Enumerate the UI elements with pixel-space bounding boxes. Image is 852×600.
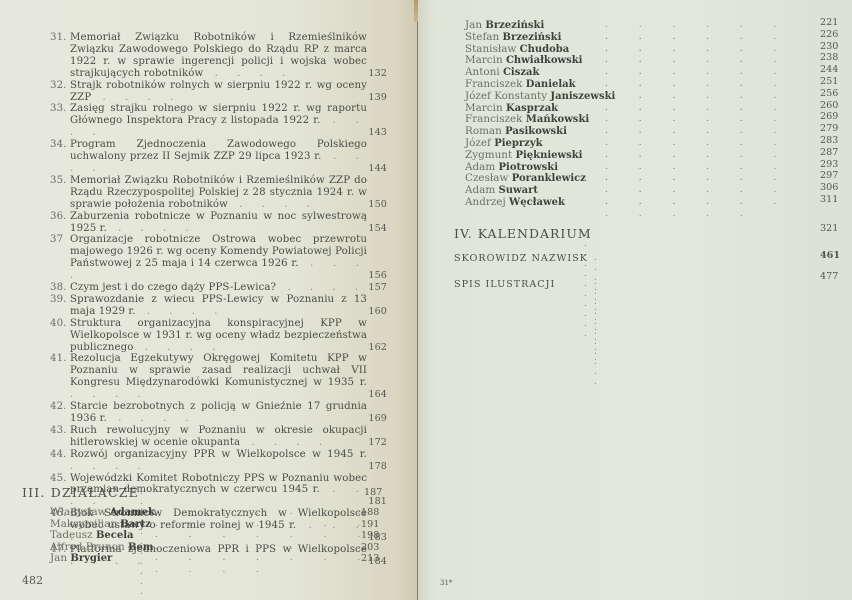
first-name: Jan	[465, 19, 482, 31]
entry-page-number: 203	[361, 542, 379, 554]
activist-entry: Adam Suwart. . . . . . . . . . .306	[465, 185, 820, 197]
last-name: Danielak	[526, 79, 576, 90]
leader-dots: . . . .	[276, 282, 366, 293]
leader-dots: . . . .	[136, 306, 226, 317]
entry-number: 33.	[50, 103, 70, 115]
entry-number: 35.	[50, 175, 70, 187]
activist-entry: Roman Pasikowski. . . . . . . . . . .279	[465, 126, 820, 138]
entry-page-number: 221	[820, 17, 838, 29]
last-name: Chudoba	[520, 44, 570, 55]
toc-entry: 43.Ruch rewolucyjny w Poznaniu w okresie…	[50, 425, 375, 449]
first-name: Franciszek	[465, 78, 522, 90]
entry-number: 43.	[50, 425, 70, 437]
activist-entry: Marcin Chwiałkowski. . . . . . . . . . .…	[465, 55, 820, 67]
last-name: Piotrowski	[499, 162, 559, 173]
entry-page-number: 260	[820, 100, 838, 112]
leader-dots: . . . .	[70, 461, 149, 472]
last-name: Adamek	[110, 507, 155, 518]
entry-page-number: 157	[368, 282, 387, 294]
toc-entry: 36.Zaburzenia robotnicze w Poznaniu w no…	[50, 211, 375, 235]
last-name: Kasprzak	[506, 103, 558, 114]
page-folio-left: 482	[22, 574, 43, 587]
activist-entry: Alfred Brunon Bem. . . . . . . . . . .20…	[50, 542, 375, 554]
activists-list-right: Jan Brzeziński. . . . . . . . . . .221St…	[465, 20, 820, 209]
leader-dots: . . . .	[228, 199, 318, 210]
entry-page-number: 269	[820, 111, 838, 123]
entry-number: 37	[50, 234, 70, 246]
first-name: Józef Konstanty	[465, 90, 547, 102]
first-name: Tadeusz	[50, 529, 93, 541]
first-name: Roman	[465, 125, 502, 137]
activist-entry: Jan Brzeziński. . . . . . . . . . .221	[465, 20, 820, 32]
leader-dots: . . . .	[70, 151, 367, 174]
entry-page-number: 143	[368, 127, 387, 139]
entry-title: Rezolucja Egzekutywy Okręgowej Komitetu …	[70, 353, 367, 401]
toc-entry: 39.Sprawozdanie z wiecu PPS-Lewicy w Poz…	[50, 294, 375, 318]
entry-page-number: 132	[368, 68, 387, 80]
entry-title: Zaburzenia robotnicze w Poznaniu w noc s…	[70, 211, 367, 235]
last-name: Chwiałkowski	[506, 55, 583, 66]
activist-entry: Czesław Poranklewicz. . . . . . . . . . …	[465, 173, 820, 185]
activist-entry: Zygmunt Piękniewski. . . . . . . . . . .…	[465, 150, 820, 162]
toc-entry: 40.Struktura organizacyjna konspiracyjne…	[50, 318, 375, 354]
first-name: Antoni	[465, 66, 500, 78]
entry-page-number: 150	[368, 199, 387, 211]
page-folio-right: 31*	[440, 579, 452, 587]
last-name: Brzeziński	[503, 32, 562, 43]
entry-page-number: 230	[820, 41, 838, 53]
first-name: Marcin	[465, 102, 503, 114]
last-name: Poranklewicz	[512, 173, 586, 184]
first-name: Stanisław	[465, 43, 516, 55]
entry-page-number: 198	[361, 530, 379, 542]
activists-list-left: Władysław Adamek. . . . . . . . . . .188…	[50, 507, 375, 565]
leader-dots: . . . . . . . . . . .	[605, 197, 820, 221]
entry-number: 38.	[50, 282, 70, 294]
leader-dots: . . . .	[70, 115, 367, 138]
leader-dots: . . . .	[91, 92, 181, 103]
entry-page-number: 172	[368, 437, 387, 449]
entry-page-number: 293	[820, 159, 838, 171]
entry-page-number: 311	[820, 194, 838, 206]
last-name: Becela	[96, 530, 134, 541]
section-heading-spis-ilustracji: SPIS ILUSTRACJI . . . . . . . . . . . 47…	[454, 279, 555, 290]
entry-title: Memoriał Związku Robotników i Rzemieślni…	[70, 175, 367, 211]
entry-page-number: 156	[368, 270, 387, 282]
entry-page-number: 251	[820, 76, 838, 88]
last-name: Pieprzyk	[494, 138, 542, 149]
first-name: Jan	[50, 552, 67, 564]
entry-title: Starcie bezrobotnych z policją w Gnieźni…	[70, 401, 367, 425]
first-name: Józef	[465, 137, 491, 149]
last-name: Węcławek	[509, 197, 565, 208]
entry-number: 41.	[50, 353, 70, 365]
leader-dots: . . . .	[70, 258, 367, 281]
entry-page-number: 164	[368, 389, 387, 401]
leader-dots: . . . .	[240, 437, 330, 448]
section-heading-kalendarium: IV. KALENDARIUM . . . . . . . . . . . 32…	[454, 226, 592, 241]
last-name: Bem	[128, 542, 153, 553]
section-page-number: 321	[820, 223, 838, 234]
first-name: Franciszek	[465, 113, 522, 125]
entry-page-number: 169	[368, 413, 387, 425]
last-name: Mańkowski	[526, 114, 589, 125]
activist-entry: Maksymilian Bartz. . . . . . . . . . .19…	[50, 519, 375, 531]
entry-title: Struktura organizacyjna konspiracyjnej K…	[70, 318, 367, 354]
entry-title: Organizacje robotnicze Ostrowa wobec prz…	[70, 234, 367, 282]
activist-entry: Jan Brygier. . . . . . . . . . .213	[50, 553, 375, 565]
first-name: Adam	[465, 161, 495, 173]
entry-title: Program Zjednoczenia Zawodowego Polskieg…	[70, 139, 367, 175]
entry-page-number: 306	[820, 182, 838, 194]
entry-page-number: 244	[820, 64, 838, 76]
entry-title: Memoriał Związku Robotników i Rzemieślni…	[70, 32, 367, 80]
toc-entry: 31.Memoriał Związku Robotników i Rzemieś…	[50, 32, 375, 80]
section-label: SPIS ILUSTRACJI	[454, 279, 555, 290]
first-name: Zygmunt	[465, 149, 512, 161]
entry-page-number: 256	[820, 88, 838, 100]
toc-entry: 42.Starcie bezrobotnych z policją w Gnie…	[50, 401, 375, 425]
entry-number: 36.	[50, 211, 70, 223]
first-name: Czesław	[465, 172, 508, 184]
entry-title: Zasięg strajku rolnego w sierpniu 1922 r…	[70, 103, 367, 139]
toc-entry: 35.Memoriał Związku Robotników i Rzemieś…	[50, 175, 375, 211]
last-name: Pasikowski	[505, 126, 567, 137]
right-page: Jan Brzeziński. . . . . . . . . . .221St…	[418, 0, 852, 600]
entry-page-number: 188	[361, 507, 379, 519]
entry-page-number: 144	[368, 163, 387, 175]
toc-entry: 32.Strajk robotników rolnych w sierpniu …	[50, 80, 375, 104]
leader-dots: . . . .	[107, 223, 197, 234]
section-heading-dzialacze: III. DZIAŁACZE . . . . . . . . . . . . 1…	[22, 485, 139, 500]
entry-title: Sprawozdanie z wiecu PPS-Lewicy w Poznan…	[70, 294, 367, 318]
leader-dots: . . . .	[134, 342, 224, 353]
entry-number: 31.	[50, 32, 70, 44]
last-name: Piękniewski	[515, 150, 582, 161]
entry-page-number: 226	[820, 29, 838, 41]
entry-page-number: 178	[368, 461, 387, 473]
toc-entry: 34.Program Zjednoczenia Zawodowego Polsk…	[50, 139, 375, 175]
section-label: SKOROWIDZ NAZWISK	[454, 253, 588, 264]
leader-dots: . . . . . . . . . . .	[155, 553, 375, 576]
book-spread: 31.Memoriał Związku Robotników i Rzemieś…	[0, 0, 852, 600]
entry-number: 44.	[50, 449, 70, 461]
toc-entry: 38.Czym jest i do czego dąży PPS-Lewica?…	[50, 282, 375, 294]
entry-title: Ruch rewolucyjny w Poznaniu w okresie ok…	[70, 425, 367, 449]
activist-entry: Stefan Brzeziński. . . . . . . . . . .22…	[465, 32, 820, 44]
toc-entry: 41.Rezolucja Egzekutywy Okręgowej Komite…	[50, 353, 375, 401]
entry-page-number: 191	[361, 519, 379, 531]
last-name: Brzeziński	[485, 20, 544, 31]
section-heading-skorowidz: SKOROWIDZ NAZWISK . . . . . . . . . . . …	[454, 253, 588, 264]
section-page-number: 477	[820, 271, 838, 282]
entry-page-number: 283	[820, 135, 838, 147]
toc-entry: 33.Zasięg strajku rolnego w sierpniu 192…	[50, 103, 375, 139]
entry-title: Strajk robotników rolnych w sierpniu 192…	[70, 80, 367, 104]
last-name: Ciszak	[503, 67, 539, 78]
section-label: IV. KALENDARIUM	[454, 226, 592, 241]
first-name: Maksymilian	[50, 518, 117, 530]
first-name: Andrzej	[465, 196, 506, 208]
last-name: Suwart	[499, 185, 538, 196]
section-page-number: 187	[364, 487, 382, 498]
first-name: Marcin	[465, 54, 503, 66]
entry-number: 40.	[50, 318, 70, 330]
entry-page-number: 238	[820, 52, 838, 64]
entry-title: Czym jest i do czego dąży PPS-Lewica? . …	[70, 282, 367, 294]
leader-dots: . . . .	[70, 389, 149, 400]
first-name: Władysław	[50, 506, 107, 518]
activist-entry: Józef Pieprzyk. . . . . . . . . . .283	[465, 138, 820, 150]
left-page: 31.Memoriał Związku Robotników i Rzemieś…	[0, 0, 418, 600]
activist-entry: Adam Piotrowski. . . . . . . . . . .293	[465, 162, 820, 174]
entry-page-number: 154	[368, 223, 387, 235]
entry-page-number: 279	[820, 123, 838, 135]
entry-number: 34.	[50, 139, 70, 151]
leader-dots: . . . . . . . . . . .	[594, 277, 611, 387]
entry-page-number: 287	[820, 147, 838, 159]
last-name: Bartz	[120, 519, 151, 530]
activist-entry: Andrzej Węcławek. . . . . . . . . . .311	[465, 197, 820, 209]
entry-page-number: 162	[368, 342, 387, 354]
leader-dots: . . . .	[107, 413, 197, 424]
entry-page-number: 139	[368, 92, 387, 104]
toc-entry: 37Organizacje robotnicze Ostrowa wobec p…	[50, 234, 375, 282]
first-name: Stefan	[465, 31, 499, 43]
entry-number: 39.	[50, 294, 70, 306]
entry-title: Rozwój organizacyjny PPR w Wielkopolsce …	[70, 449, 367, 473]
leader-dots: . . . .	[203, 68, 293, 79]
section-label: III. DZIAŁACZE	[22, 485, 139, 500]
entry-page-number: 160	[368, 306, 387, 318]
entry-page-number: 297	[820, 170, 838, 182]
entry-number: 45.	[50, 473, 70, 485]
toc-entry: 44.Rozwój organizacyjny PPR w Wielkopols…	[50, 449, 375, 473]
entry-number: 42.	[50, 401, 70, 413]
first-name: Adam	[465, 184, 495, 196]
entry-number: 32.	[50, 80, 70, 92]
activist-entry: Józef Konstanty Janiszewski. . . . . . .…	[465, 91, 820, 103]
activist-entry: Stanisław Chudoba. . . . . . . . . . .23…	[465, 44, 820, 56]
activist-entry: Franciszek Mańkowski. . . . . . . . . . …	[465, 114, 820, 126]
section-page-number: 461	[820, 250, 840, 261]
last-name: Brygier	[70, 553, 112, 564]
first-name: Alfred Brunon	[50, 541, 125, 553]
entry-page-number: 213	[361, 553, 379, 565]
